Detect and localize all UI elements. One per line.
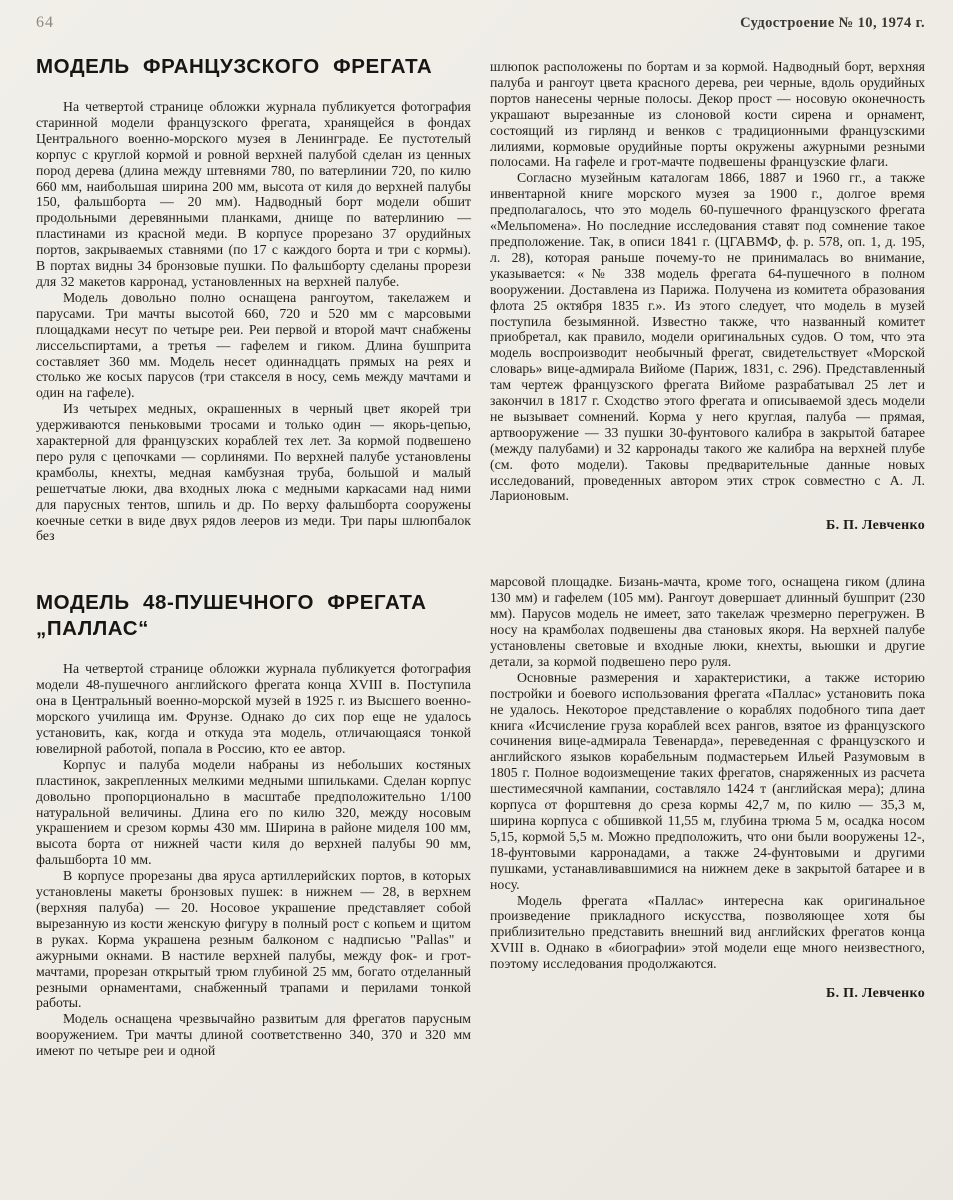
paragraph: На четвертой странице обложки журнала пу… bbox=[36, 99, 471, 290]
left-column: МОДЕЛЬ ФРАНЦУЗСКОГО ФРЕГАТА На четвертой… bbox=[36, 54, 471, 1059]
article-pallas-right-text: марсовой площадке. Бизань-мачта, кроме т… bbox=[490, 574, 925, 972]
article-french-title: МОДЕЛЬ ФРАНЦУЗСКОГО ФРЕГАТА bbox=[36, 54, 471, 80]
article-pallas-title: МОДЕЛЬ 48-ПУШЕЧНОГО ФРЕГАТА „ПАЛЛАС“ bbox=[36, 590, 471, 642]
article-gap bbox=[490, 534, 925, 574]
paragraph: Из четырех медных, окрашенных в черный ц… bbox=[36, 401, 471, 544]
paragraph: Согласно музейным каталогам 1866, 1887 и… bbox=[490, 170, 925, 504]
author-signature-french: Б. П. Левченко bbox=[490, 518, 925, 534]
page-number: 64 bbox=[36, 14, 54, 32]
author-signature-pallas: Б. П. Левченко bbox=[490, 986, 925, 1002]
paragraph: марсовой площадке. Бизань-мачта, кроме т… bbox=[490, 574, 925, 669]
paragraph: Модель оснащена чрезвычайно развитым для… bbox=[36, 1011, 471, 1059]
paragraph: Модель фрегата «Паллас» интересна как ор… bbox=[490, 893, 925, 973]
paragraph: шлюпок расположены по бортам и за кормой… bbox=[490, 59, 925, 170]
paragraph: Модель довольно полно оснащена рангоутом… bbox=[36, 290, 471, 401]
two-column-layout: МОДЕЛЬ ФРАНЦУЗСКОГО ФРЕГАТА На четвертой… bbox=[36, 54, 925, 1059]
right-column: шлюпок расположены по бортам и за кормой… bbox=[490, 54, 925, 1059]
journal-issue-header: Судостроение № 10, 1974 г. bbox=[740, 15, 925, 32]
page-header: 64 Судостроение № 10, 1974 г. bbox=[36, 14, 925, 32]
article-french-left-text: На четвертой странице обложки журнала пу… bbox=[36, 99, 471, 544]
article-gap bbox=[36, 544, 471, 590]
article-pallas-title-line2: „ПАЛЛАС“ bbox=[36, 616, 471, 642]
article-pallas-title-line1: МОДЕЛЬ 48-ПУШЕЧНОГО ФРЕГАТА bbox=[36, 590, 471, 616]
journal-page: 64 Судостроение № 10, 1974 г. МОДЕЛЬ ФРА… bbox=[0, 0, 953, 1200]
paragraph: Корпус и палуба модели набраны из неболь… bbox=[36, 757, 471, 868]
article-french-right-text: шлюпок расположены по бортам и за кормой… bbox=[490, 59, 925, 504]
paragraph: В корпусе прорезаны два яруса артиллерий… bbox=[36, 868, 471, 1011]
paragraph: Основные размерения и характеристики, а … bbox=[490, 670, 925, 893]
paragraph: На четвертой странице обложки журнала пу… bbox=[36, 661, 471, 756]
article-pallas-left-text: На четвертой странице обложки журнала пу… bbox=[36, 661, 471, 1059]
